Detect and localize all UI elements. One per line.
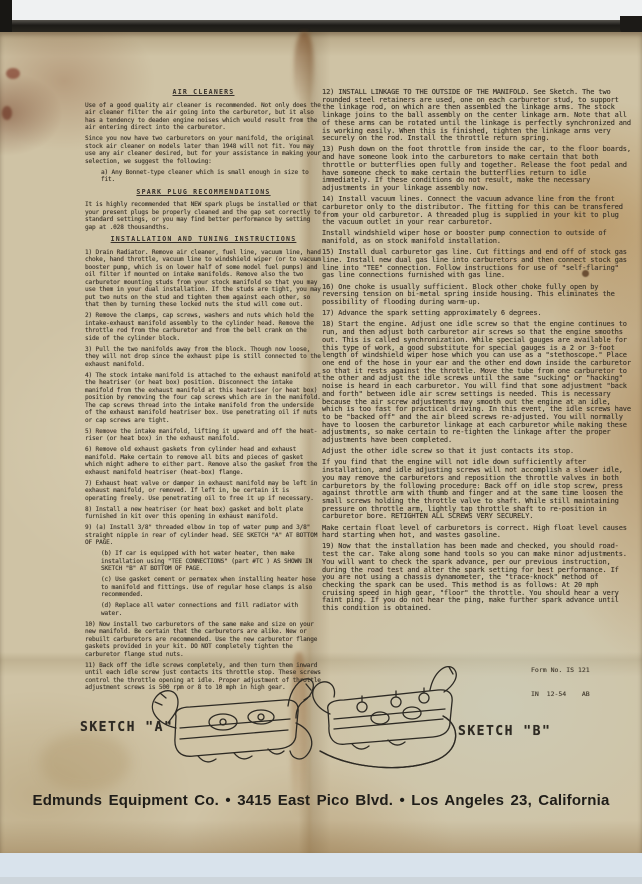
document-paragraph: (b) If car is equipped with hot water he… [85,550,322,573]
document-paragraph: 7) Exhaust heat valve or damper in exhau… [85,480,322,503]
form-number-line1: Form No. IS 121 [531,666,590,674]
scanner-bottom-edge [0,877,642,884]
section-heading: INSTALLATION AND TUNING INSTRUCTIONS [85,236,322,244]
document-paragraph: Use of a good quality air cleaner is rec… [85,102,322,132]
stain [6,68,20,79]
document-paragraph: 10) Now install two carburetors of the s… [85,621,322,659]
document-paragraph: a) Any Bonnet-type cleaner which is smal… [85,169,322,184]
document-paragraph: 8) Install a new heatriser (or heat box)… [85,506,322,521]
document-paragraph: 18) Start the engine. Adjust one idle sc… [322,321,634,444]
document-paragraph: (d) Replace all water connections and fi… [85,602,322,617]
document-paragraph: Make certain float level of carburetors … [322,525,634,540]
document-paragraph: 14) Install vacuum lines. Connect the va… [322,196,634,227]
document-paragraph: 5) Remove the intake manifold, lifting i… [85,428,322,443]
document-paragraph: Adjust the other idle screw so that it j… [322,448,634,456]
document-paragraph: 3) Pull the two manifolds away from the … [85,346,322,369]
document-paragraph: (c) Use gasket cement or permatex when i… [85,576,322,599]
stain [2,106,12,120]
document-paragraph: 4) The stock intake manifold is attached… [85,372,322,425]
document-paragraph: 12) INSTALL LINKAGE TO THE OUTSIDE OF TH… [322,89,634,143]
document-paragraph: 9) (a) Install 3/8" threaded elbow in to… [85,524,322,547]
document-paragraph: 2) Remove the clamps, cap screws, washer… [85,312,322,342]
form-number-line2: IN 12-54 AB [531,690,590,698]
right-column: 12) INSTALL LINKAGE TO THE OUTSIDE OF TH… [322,89,634,616]
document-paragraph: It is highly recommended that NEW spark … [85,201,322,231]
document-paragraph: 13) Push down on the foot throttle from … [322,146,634,192]
company-address-footer: Edmunds Equipment Co. • 3415 East Pico B… [0,792,642,809]
sketch-b-label: SKETCH "B" [458,724,551,739]
stain [40,732,130,792]
sketch-a-label: SKETCH "A" [80,720,173,735]
scanner-top-margin [0,0,642,20]
document-paragraph: Install windshield wiper hose or booster… [322,230,634,245]
document-paragraph: If you find that the engine will not idl… [322,459,634,521]
instruction-sheet-paper: AIR CLEANERSUse of a good quality air cl… [0,32,642,853]
document-paragraph: 16) One choke is usually sufficient. Blo… [322,284,634,307]
section-heading: AIR CLEANERS [85,89,322,97]
document-paragraph: 17) Advance the spark setting approximat… [322,310,634,318]
form-number: Form No. IS 121 IN 12-54 AB [531,650,590,714]
document-paragraph: 19) Now that the installation has been m… [322,543,634,612]
document-paragraph: 15) Install dual carburetor gas line. Cu… [322,249,634,280]
document-paragraph: 6) Remove old exhaust gaskets from cylin… [85,446,322,476]
scanned-document-page: AIR CLEANERSUse of a good quality air cl… [0,0,642,884]
document-paragraph: Since you now have two carburetors on yo… [85,135,322,165]
section-heading: SPARK PLUG RECOMMENDATIONS [85,189,322,197]
document-paragraph: 1) Drain Radiator. Remove air cleaner, f… [85,249,322,309]
sketch-b-drawing [300,658,480,798]
left-column: AIR CLEANERSUse of a good quality air cl… [85,84,322,695]
scan-corner-shadow-left [0,0,12,32]
